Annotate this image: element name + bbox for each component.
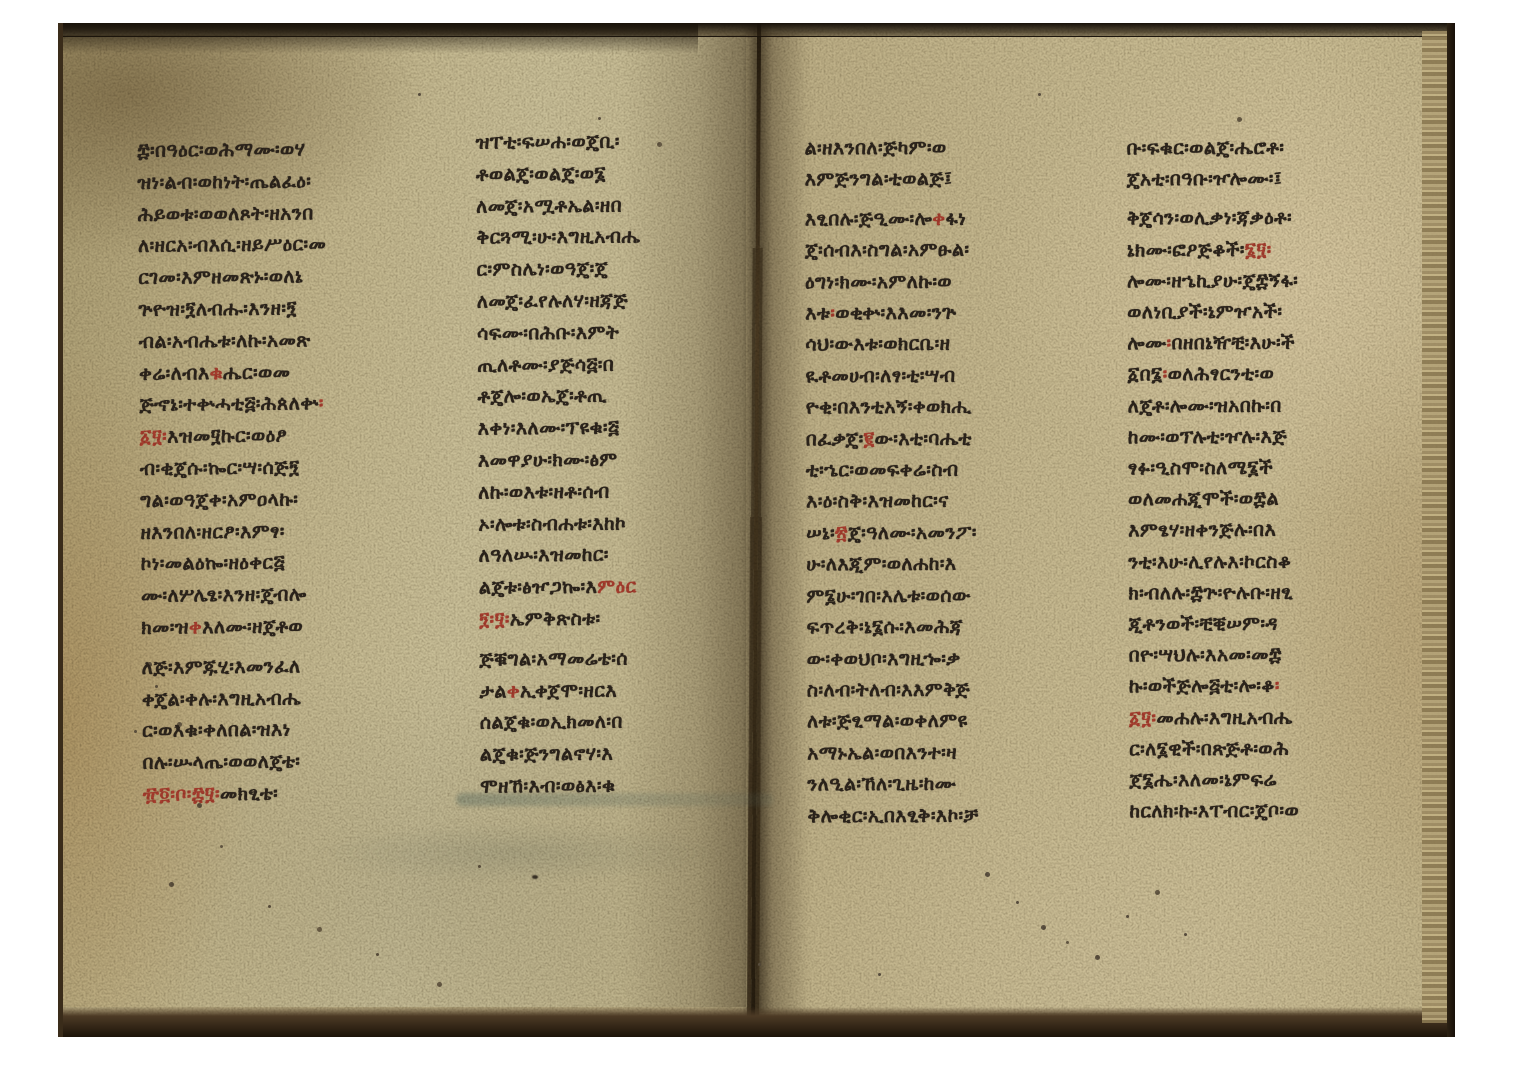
rubric-text: ፪: [864, 428, 875, 450]
text-line: ለ፡ዘርአ፡ብእሲ፡ዘይሥዕር፡መ: [138, 230, 327, 263]
ink-text: ጢለቶሙ፡ያጅሳ፭፡በ: [477, 353, 614, 376]
ink-text: ሔር፡ወመ: [223, 361, 290, 384]
text-line: ሰልጄቁ፡ወኢክመለ፡በ: [480, 707, 644, 740]
ink-text: በፈቃጄ፡: [806, 428, 864, 450]
text-line: ጀ፮ሔ፡እለመ፡ኔምፍሬ: [1129, 765, 1300, 797]
ink-text: ሞዘኸ፡እብ፡ወፅእ፡ቁ: [480, 775, 615, 798]
ink-text: ጄ፡ዓለሙ፡አመንፖ፡: [848, 522, 977, 545]
text-line: ስ፡ለብ፡ትለብ፡እእምቅጅ: [807, 675, 978, 707]
text-line: ር፡ወእቁ፡ቀለበል፡ዝእነ: [142, 715, 331, 748]
text-line: በፈቃጄ፡፪ው፡እቲ፡ባሔቲ: [806, 423, 977, 455]
ink-text: ታል: [480, 680, 507, 702]
ink-text: ዝነ፡ልብ፡ወከነት፡ጤልፈዕ፡: [137, 170, 311, 194]
manuscript-photo: ፰፡በዓዕር፡ወሕማሙ፡ወሃዝነ፡ልብ፡ወከነት፡ጤልፈዕ፡ሕይወቱ፡ወወለጾት…: [58, 23, 1455, 1037]
ink-text: ኔክሙ፡ፎዖጅቆች፡: [1127, 238, 1245, 261]
text-line: ለጅ፡እምጁሂ፡እመንፈለ: [142, 651, 331, 684]
text-line: እመዋያሁ፡ክሙ፡ፅም: [478, 444, 642, 477]
ink-text: ው፡ቀወህቦ፡እግዚኈ፡ቃ: [807, 647, 961, 670]
ink-text: በሉ፡ሡላጤ፡ወወለጄቴ፡: [142, 751, 300, 774]
text-line: ሙ፡ለሦሌፄ፡እንዘ፡ጄብሎ: [141, 579, 330, 612]
text-line: ቀጄል፡ቀሉ፡እግዚአብሔ: [142, 683, 331, 716]
ink-text: ቅርጓሚ፡ሁ፡እግዚአብሔ: [476, 226, 640, 249]
text-line: ሎሙ፡በዘበኔዥቺ፡እሁ፡ች: [1127, 328, 1298, 360]
text-line: ሎሙ፡ዘኄኪያሁ፡ጄ፰ኝፋ፡: [1127, 265, 1298, 297]
text-line: ኦ፡ሎቱ፡ስብሐቱ፡እከኮ: [478, 508, 642, 541]
text-line: ልጄቱ፡ፅዦጋኰ፡እምዕር: [479, 572, 643, 605]
ink-text: ር፡ምስሌነ፡ወዓጄ፡ጄ: [477, 258, 609, 281]
text-column-right-a: ል፡ዘእንበለ፡ጅካም፡ወእምጅንግል፡ቲወልጅ፤እፂበሉ፡ጅዒሙ፡ሎቀፋነጄ፡…: [804, 133, 978, 833]
text-line: ር፡ለ፮ዊች፡በጽጅቶ፡ወሕ: [1129, 733, 1300, 765]
text-line: ኔክሙ፡ፎዖጅቆች፡፮፶፡: [1127, 234, 1298, 266]
text-line: ፃፉ፡ዒስሞ፡ስለሜ፮ች: [1128, 453, 1299, 485]
text-line: ብል፡አብሔቱ፡ለኩ፡አመጽ: [139, 325, 328, 358]
text-line: ጄአቲ፡በዓቡ፡ዦሎሙ፡፤: [1127, 164, 1298, 196]
ink-text: ወለነቢያች፡ኔምዦአች፡: [1127, 301, 1282, 324]
rubric-text: ፡: [319, 393, 324, 415]
rubric-text: ቀ: [507, 680, 520, 702]
text-line: ጂቶንወች፡ቺቒሠም፡ዳ: [1129, 609, 1300, 641]
ink-text: ሠኔ፡: [806, 522, 835, 544]
ink-text: እቱ: [805, 302, 830, 324]
text-line: ክ፡ብለሉ፡፰ጕ፡ዮሉቡ፡ዘፂ: [1128, 577, 1299, 609]
text-line: ቲ፡ኄር፡ወመፍቀሬ፡ስብ: [806, 455, 977, 487]
text-column-left-b: ዝፐቲ፡ፍሠሐ፡ወጄቢ፡ቶወልጄ፡ወልጄ፡ወ፮ለመጄ፡አሟቶኤል፡ዘበቅርጓሚ፡…: [476, 126, 645, 803]
ink-text: ሳፍሙ፡በሕቡ፡እምት: [477, 321, 619, 344]
book-board-right-edge: [1447, 23, 1455, 1037]
ink-text: ልጄቱ፡ፅዦጋኰ፡እ: [479, 576, 598, 599]
text-line: ቅጄሳን፡ወሊቃነ፡ጃቃዕቶ፡: [1127, 203, 1298, 235]
text-line: ጄ፡ሰብእ፡ስግል፡አምፁል፡: [805, 235, 976, 267]
ink-text: ከሙ፡ወፕሉቲ፡ዦሉ፡እጅ: [1128, 426, 1287, 449]
ink-text: ኩ፡ወችጅሎ፭ቲ፡ሎ፡ቆ: [1129, 675, 1275, 698]
text-line: ዝፐቲ፡ፍሠሐ፡ወጄቢ፡: [476, 126, 640, 159]
text-line: ሳፍሙ፡በሕቡ፡እምት: [477, 317, 641, 350]
text-line: እምፄሃ፡ዘቀንጅሉ፡በእ: [1128, 515, 1299, 547]
ink-text: ፰፡በዓዕር፡ወሕማሙ፡ወሃ: [137, 138, 305, 161]
ink-text: በዘበኔዥቺ፡እሁ፡ች: [1172, 332, 1295, 355]
text-line: ለመጄ፡ፈየሉለሃ፡ዘጃጅ: [477, 285, 641, 318]
ink-text: እምጅንግል፡ቲወልጅ፤: [805, 168, 953, 191]
ink-text: ሳህ፡ውእቱ፡ወክርቤ፡ዘ: [805, 333, 950, 356]
ink-text: እምፄሃ፡ዘቀንጅሉ፡በእ: [1128, 519, 1276, 542]
text-line: ጅኆኔ፡ተቍሓቲ፭፡ሕጰለቍ፡: [139, 389, 328, 422]
text-line: ፹፬፡ቦ፡፰፶፡መክፂቴ፡: [143, 778, 332, 811]
book-gutter: [698, 23, 814, 1037]
text-line: እምጅንግል፡ቲወልጅ፤: [805, 164, 976, 196]
ink-text: ጀ፮ሔ፡እለመ፡ኔምፍሬ: [1129, 769, 1277, 792]
text-line: ቶወልጄ፡ወልጄ፡ወ፮: [476, 158, 640, 191]
ink-text: ጄአቲ፡በዓቡ፡ዦሎሙ፡፤: [1127, 168, 1283, 191]
ink-text: ለኩ፡ወእቱ፡ዘቶ፡ሰብ: [478, 480, 610, 503]
text-line: ታልቀኢቀጀሞ፡ዘርእ: [479, 675, 643, 708]
text-line: ቶጄሎ፡ወኤጄ፡ቶጢ: [477, 381, 641, 414]
ink-text: ዪቶመሀብ፡ለፃ፡ቲ፡ሣብ: [805, 365, 955, 388]
ink-text: ሁ፡ለእጂም፡ወለሐከ፡እ: [806, 553, 956, 576]
text-line: ርገመ፡እምዘመጽኑ፡ወለኔ: [138, 261, 327, 294]
ink-text: ኤምቅጽስቱ፡: [510, 608, 601, 631]
ink-text: ብል፡አብሔቱ፡ለኩ፡አመጽ: [139, 329, 311, 352]
text-line: ወለመሐጂሞች፡ወ፰ል: [1128, 484, 1299, 516]
book-board-left-edge: [58, 23, 63, 1037]
text-line: ኩ፡ወችጅሎ፭ቲ፡ሎ፡ቆ፡: [1129, 671, 1300, 703]
text-line: ልጄቁ፡ጅንግልኖሃ፡እ: [480, 739, 644, 772]
ink-text: ፃፉ፡ዒስሞ፡ስለሜ፮ች: [1128, 457, 1273, 480]
text-line: ፩በ፮፡ወለሕፃርንቲ፡ወ: [1127, 359, 1298, 391]
text-line: ጕዮዝ፡፺ለብሑ፡እንዘ፡፺: [138, 293, 327, 326]
text-line: ር፡ምስሌነ፡ወዓጄ፡ጄ: [477, 254, 641, 287]
text-line: ለዓለሡ፡እዝመከር፡: [479, 540, 643, 573]
ink-text: ለጅ፡እምጁሂ፡እመንፈለ: [142, 655, 301, 678]
text-line: ሕይወቱ፡ወወለጾት፡ዘአንበ: [138, 198, 327, 231]
ink-text: ፩በ፮: [1127, 364, 1162, 386]
text-column-left-a: ፰፡በዓዕር፡ወሕማሙ፡ወሃዝነ፡ልብ፡ወከነት፡ጤልፈዕ፡ሕይወቱ፡ወወለጾት…: [137, 134, 331, 811]
text-line: ል፡ዘእንበለ፡ጅካም፡ወ: [804, 133, 975, 165]
text-line: ለቱ፡ጅፂማል፡ወቀለምዩ: [807, 706, 978, 738]
ink-text: ሰልጄቁ፡ወኢክመለ፡በ: [480, 711, 623, 734]
ink-text: እዝመ፶ኩር፡ወዕፆ: [167, 425, 287, 448]
ink-text: ለጄቶ፡ሎሙ፡ዝአበኩ፡በ: [1128, 394, 1282, 417]
ink-text: ቶወልጄ፡ወልጄ፡ወ፮: [476, 162, 606, 185]
rubric-text: ፮፶፡: [1245, 238, 1272, 260]
page-stack-fore-edge: [1422, 31, 1448, 1023]
text-line: ግል፡ወዓጄቀ፡አምዐላኩ፡: [140, 484, 329, 517]
ink-text: በዮ፡ሣህሉ፡እአመ፡መ፰: [1129, 644, 1282, 667]
text-line: ዝነ፡ልብ፡ወከነት፡ጤልፈዕ፡: [137, 166, 326, 199]
rubric-text: ፳: [835, 522, 848, 544]
ink-text: ጕዮዝ፡፺ለብሑ፡እንዘ፡፺: [138, 297, 297, 320]
text-line: በዮ፡ሣህሉ፡እአመ፡መ፰: [1129, 640, 1300, 672]
ink-text: መሐሉ፡እግዚአብሔ: [1156, 706, 1292, 729]
ink-text: ዮቂ፡በእንቲአኝ፡ቀወክሒ: [806, 396, 972, 419]
ink-text: ቶጄሎ፡ወኤጄ፡ቶጢ: [477, 385, 606, 408]
text-line: ፩፶፡መሐሉ፡እግዚአብሔ: [1129, 702, 1300, 734]
ink-text: ቅሎቂር፡ኢበእፂቅ፡እኮ፡ቻ: [807, 804, 978, 827]
ink-text: ሎሙ፡ዘኄኪያሁ፡ጄ፰ኝፋ፡: [1127, 269, 1298, 292]
rubric-text: ቁ: [210, 362, 224, 384]
text-line: ሠኔ፡፳ጄ፡ዓለሙ፡አመንፖ፡: [806, 518, 977, 550]
text-line: ከሙ፡ወፕሉቲ፡ዦሉ፡እጅ: [1128, 421, 1299, 453]
text-line: ጅቑግል፡አማመሬቴ፡ሰ: [479, 643, 643, 676]
text-line: ለመጄ፡አሟቶኤል፡ዘበ: [476, 190, 640, 223]
text-line: ፩፶፡እዝመ፶ኩር፡ወዕፆ: [140, 420, 329, 453]
ink-text: ቀሬ፡ለብእ: [139, 362, 210, 385]
rubric-text: ፡: [1275, 675, 1280, 697]
text-line: ሁ፡ለእጂም፡ወለሐከ፡እ: [806, 549, 977, 581]
ink-text: ለዓለሡ፡እዝመከር፡: [479, 544, 609, 567]
ink-text: ዕግነ፡ክሙ፡አምለኩ፡ወ: [805, 270, 952, 293]
ink-text: ወቂቍ፡እእመ፡ንጕ: [835, 302, 956, 325]
text-line: ሳህ፡ውእቱ፡ወክርቤ፡ዘ: [805, 329, 976, 361]
ink-text: ወለመሐጂሞች፡ወ፰ል: [1128, 488, 1279, 511]
ink-text: ልጄቁ፡ጅንግልኖሃ፡እ: [480, 743, 613, 766]
text-line: ዘእንበለ፡ዘርፆ፡እምፃ፡: [140, 516, 329, 549]
ink-text: ኦ፡ሎቱ፡ስብሐቱ፡እከኮ: [478, 512, 626, 535]
text-line: ለኩ፡ወእቱ፡ዘቶ፡ሰብ: [478, 476, 642, 509]
ink-text: ቲ፡ኄር፡ወመፍቀሬ፡ስብ: [806, 459, 959, 482]
ink-text: ንለዒል፡ኸለ፡ጊዜ፡ከሙ: [807, 773, 956, 796]
text-line: ንለዒል፡ኸለ፡ጊዜ፡ከሙ: [807, 769, 978, 801]
text-line: ለጄቶ፡ሎሙ፡ዝአበኩ፡በ: [1128, 390, 1299, 422]
rubric-text: ምዕር: [597, 576, 636, 598]
text-line: ክመ፡ዝቀእለሙ፡ዘጄቶወ: [141, 611, 330, 644]
ink-text: ቡ፡ፍቁር፡ወልጄ፡ሔሮቶ፡: [1127, 137, 1285, 160]
text-line: ንቲ፡እሁ፡ሊየሉእ፡ኮርስቆ: [1128, 546, 1299, 578]
rubric-text: ፩፶፡: [1129, 707, 1157, 729]
ink-text: ለመጄ፡ፈየሉለሃ፡ዘጃጅ: [477, 290, 628, 313]
ink-text: ወለሕፃርንቲ፡ወ: [1168, 363, 1275, 385]
text-line: እፂበሉ፡ጅዒሙ፡ሎቀፋነ: [805, 203, 976, 235]
ink-text: ሎሙ: [1127, 332, 1166, 354]
ink-text: ፋነ: [946, 207, 967, 229]
book-board-bottom-edge: [58, 1007, 1455, 1037]
ink-text: ር፡ለ፮ዊች፡በጽጅቶ፡ወሕ: [1129, 738, 1289, 761]
ink-text: እ፡ዕ፡ስቅ፡እዝመከር፡ና: [806, 490, 949, 513]
ink-text: ው፡እቲ፡ባሔቲ: [875, 427, 972, 449]
text-line: ቡ፡ፍቁር፡ወልጄ፡ሔሮቶ፡: [1126, 133, 1297, 165]
text-line: ጢለቶሙ፡ያጅሳ፭፡በ: [477, 349, 641, 382]
ink-text: ለመጄ፡አሟቶኤል፡ዘበ: [476, 194, 622, 217]
ink-text: ፍጥረቅ፡ኔ፮ሱ፡እመሕጃ: [807, 616, 963, 639]
ink-text: ርገመ፡እምዘመጽኑ፡ወለኔ: [138, 266, 303, 289]
text-line: ሞዘኸ፡እብ፡ወፅእ፡ቁ: [480, 770, 644, 803]
ink-text: ሕይወቱ፡ወወለጾት፡ዘአንበ: [138, 202, 314, 226]
ink-text: እፂበሉ፡ጅዒሙ፡ሎ: [805, 208, 933, 231]
ink-text: እለሙ፡ዘጄቶወ: [202, 615, 303, 638]
ink-text: መክፂቴ፡: [220, 783, 278, 806]
text-line: ቅሎቂር፡ኢበእፂቅ፡እኮ፡ቻ: [807, 800, 978, 832]
rubric-text: ፩፶፡: [140, 426, 168, 448]
rubric-text: ቀ: [932, 208, 945, 230]
ink-text: ሙ፡ለሦሌፄ፡እንዘ፡ጄብሎ: [141, 584, 307, 607]
text-line: ወለነቢያች፡ኔምዦአች፡: [1127, 297, 1298, 329]
ink-text: ጅቑግል፡አማመሬቴ፡ሰ: [479, 647, 628, 670]
gutter-sewing-line: [751, 23, 761, 1037]
ink-text: ዝፐቲ፡ፍሠሐ፡ወጄቢ፡: [476, 131, 620, 154]
text-line: ዮቂ፡በእንቲአኝ፡ቀወክሒ: [806, 392, 977, 424]
ink-text: ጂቶንወች፡ቺቒሠም፡ዳ: [1129, 613, 1278, 636]
ink-text: ም፮ሁ፡ገበ፡እሌቱ፡ወሰው: [806, 584, 970, 607]
ink-text: ዘእንበለ፡ዘርፆ፡እምፃ፡: [140, 520, 285, 543]
ink-text: ቅጄሳን፡ወሊቃነ፡ጃቃዕቶ፡: [1127, 207, 1292, 230]
rubric-text: ፹፬፡ቦ፡፰፶፡: [143, 783, 220, 806]
text-line: ኮነ፡መልዕኰ፡ዘዕቀር፭: [141, 548, 330, 581]
text-line: እቱ፡ወቂቍ፡እእመ፡ንጕ: [805, 298, 976, 330]
text-line: ቅርጓሚ፡ሁ፡እግዚአብሔ: [476, 222, 640, 255]
book-board-top-left-shadow: [58, 23, 698, 57]
ink-text: እመዋያሁ፡ክሙ፡ፅም: [478, 449, 618, 472]
text-line: ፍጥረቅ፡ኔ፮ሱ፡እመሕጃ: [807, 612, 978, 644]
ink-text: ክ፡ብለሉ፡፰ጕ፡ዮሉቡ፡ዘፂ: [1128, 581, 1293, 604]
rubric-text: ቀ: [189, 616, 202, 638]
text-line: ም፮ሁ፡ገበ፡እሌቱ፡ወሰው: [806, 580, 977, 612]
text-line: እቀነ፡እለሙ፡ፕዩቁ፡፭: [478, 413, 642, 446]
ink-text: ል፡ዘእንበለ፡ጅካም፡ወ: [804, 137, 946, 160]
text-column-right-b: ቡ፡ፍቁር፡ወልጄ፡ሔሮቶ፡ጄአቲ፡በዓቡ፡ዦሎሙ፡፤ቅጄሳን፡ወሊቃነ፡ጃቃዕ…: [1126, 133, 1300, 828]
ink-text: ጄ፡ሰብእ፡ስግል፡አምፁል፡: [805, 239, 970, 262]
ink-text: ንቲ፡እሁ፡ሊየሉእ፡ኮርስቆ: [1128, 550, 1291, 573]
ink-text: ክመ፡ዝ: [141, 616, 189, 638]
ink-text: ለ፡ዘርአ፡ብእሲ፡ዘይሥዕር፡መ: [138, 234, 326, 258]
ink-text: ቀጄል፡ቀሉ፡እግዚአብሔ: [142, 687, 301, 710]
text-line: ፰፡በዓዕር፡ወሕማሙ፡ወሃ: [137, 134, 326, 167]
ink-text: ለቱ፡ጅፂማል፡ወቀለምዩ: [807, 710, 968, 733]
text-line: ብ፡ቂጄሱ፡ኰር፡ሣ፡ሰጅ፺: [140, 452, 329, 485]
text-line: ከርለክ፡ኩ፡እፐብር፡ጄቦ፡ወ: [1129, 796, 1300, 828]
ink-text: ር፡ወእቁ፡ቀለበል፡ዝእነ: [142, 719, 291, 742]
text-line: በሉ፡ሡላጤ፡ወወለጄቴ፡: [142, 746, 331, 779]
text-line: ው፡ቀወህቦ፡እግዚኈ፡ቃ: [807, 643, 978, 675]
ink-text: ስ፡ለብ፡ትለብ፡እእምቅጅ: [807, 679, 970, 702]
ink-text: ብ፡ቂጄሱ፡ኰር፡ሣ፡ሰጅ፺: [140, 456, 300, 479]
text-line: እ፡ዕ፡ስቅ፡እዝመከር፡ና: [806, 486, 977, 518]
ink-text: ኢቀጀሞ፡ዘርእ: [520, 679, 617, 702]
ink-text: ግል፡ወዓጄቀ፡አምዐላኩ፡: [140, 488, 298, 511]
text-line: ዕግነ፡ክሙ፡አምለኩ፡ወ: [805, 266, 976, 298]
ink-text: ኮነ፡መልዕኰ፡ዘዕቀር፭: [141, 552, 285, 575]
text-line: ዪቶመሀብ፡ለፃ፡ቲ፡ሣብ: [805, 360, 976, 392]
text-line: ቀሬ፡ለብእቁሔር፡ወመ: [139, 357, 328, 390]
text-line: አማኑኤል፡ወበእንተ፡ዛ: [807, 737, 978, 769]
rubric-text: ፺፡፶፡: [479, 608, 510, 630]
text-line: ፺፡፶፡ኤምቅጽስቱ፡: [479, 603, 643, 636]
ink-text: ጅኆኔ፡ተቍሓቲ፭፡ሕጰለቍ: [139, 393, 319, 417]
ink-text: ከርለክ፡ኩ፡እፐብር፡ጄቦ፡ወ: [1129, 800, 1299, 823]
ink-text: እቀነ፡እለሙ፡ፕዩቁ፡፭: [478, 417, 620, 440]
ink-text: አማኑኤል፡ወበእንተ፡ዛ: [807, 741, 957, 764]
